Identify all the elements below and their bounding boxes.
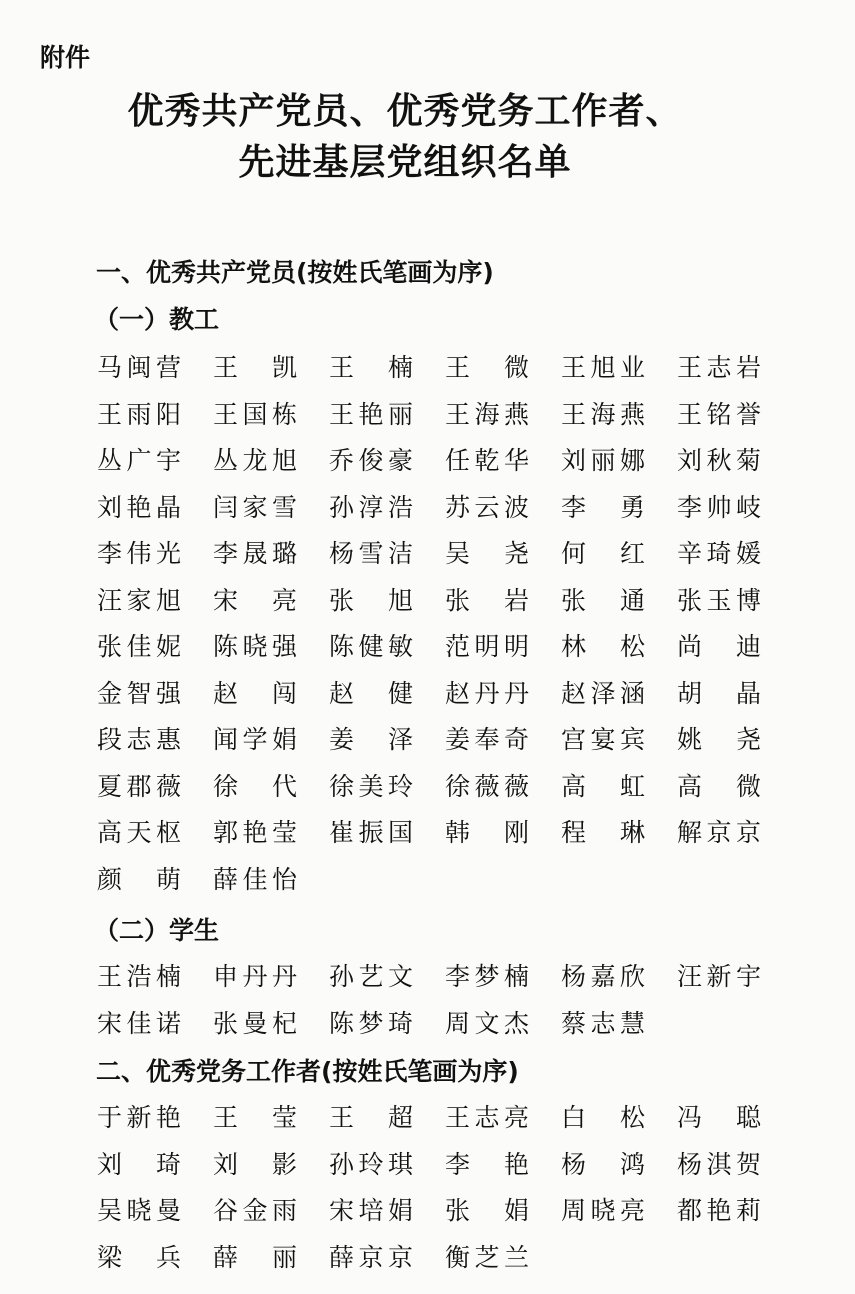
name-entry: 韩刚 [445,818,529,848]
name-entry: 颜萌 [97,865,181,895]
name-row: 马闽营王凯王楠王微王旭业王志岩 [97,345,797,392]
name-entry: 胡晶 [677,679,761,709]
name-entry: 尚迪 [677,632,761,662]
name-entry: 孙艺文 [329,962,413,992]
name-row: 梁兵薛丽薛京京衡芝兰 [97,1235,797,1282]
name-entry: 张娟 [445,1196,529,1226]
name-entry: 白松 [561,1103,645,1133]
name-entry: 蔡志慧 [561,1009,645,1039]
name-entry: 姜奉奇 [445,725,529,755]
name-entry: 吴晓曼 [97,1196,181,1226]
name-list-students: 王浩楠申丹丹孙艺文李梦楠杨嘉欣汪新宇宋佳诺张曼杞陈梦琦周文杰蔡志慧 [97,954,797,1047]
name-entry: 任乾华 [445,446,529,476]
name-entry: 汪新宇 [677,962,761,992]
name-entry: 徐薇薇 [445,772,529,802]
name-entry: 王浩楠 [97,962,181,992]
name-entry: 李伟光 [97,539,181,569]
name-entry: 李晟璐 [213,539,297,569]
name-entry: 周文杰 [445,1009,529,1039]
name-entry: 宋培娟 [329,1196,413,1226]
name-entry: 刘琦 [97,1150,181,1180]
name-entry: 何红 [561,539,645,569]
name-entry: 吴尧 [445,539,529,569]
name-entry: 王艳丽 [329,400,413,430]
name-entry: 姚尧 [677,725,761,755]
name-list-staff: 马闽营王凯王楠王微王旭业王志岩王雨阳王国栋王艳丽王海燕王海燕王铭誉丛广宇丛龙旭乔… [97,345,797,903]
name-row: 高天枢郭艳莹崔振国韩刚程琳解京京 [97,810,797,857]
name-entry: 王楠 [329,353,413,383]
name-entry: 马闽营 [97,353,181,383]
name-entry: 徐美玲 [329,772,413,802]
name-entry: 汪家旭 [97,586,181,616]
name-entry: 王志亮 [445,1103,529,1133]
name-entry: 衡芝兰 [445,1243,529,1273]
name-entry: 都艳莉 [677,1196,761,1226]
name-entry: 王国栋 [213,400,297,430]
name-entry: 宋佳诺 [97,1009,181,1039]
name-entry: 苏云波 [445,493,529,523]
name-row: 金智强赵闯赵健赵丹丹赵泽涵胡晶 [97,671,797,718]
name-entry: 崔振国 [329,818,413,848]
name-row: 刘艳晶闫家雪孙淳浩苏云波李勇李帅岐 [97,485,797,532]
name-row: 张佳妮陈晓强陈健敏范明明林松尚迪 [97,624,797,671]
name-entry: 徐代 [213,772,297,802]
name-entry: 陈梦琦 [329,1009,413,1039]
name-entry: 谷金雨 [213,1196,297,1226]
name-entry: 李梦楠 [445,962,529,992]
name-entry: 杨淇贺 [677,1150,761,1180]
name-entry: 杨嘉欣 [561,962,645,992]
name-entry: 刘艳晶 [97,493,181,523]
subsection-heading-staff: （一）教工 [94,305,219,335]
subsection-heading-students: （二）学生 [94,916,219,946]
name-entry: 王莹 [213,1103,297,1133]
name-entry: 张岩 [445,586,529,616]
name-entry: 闻学娟 [213,725,297,755]
name-entry: 李勇 [561,493,645,523]
name-entry: 李帅岐 [677,493,761,523]
name-row: 于新艳王莹王超王志亮白松冯聪 [97,1095,797,1142]
name-entry: 张玉博 [677,586,761,616]
name-row: 王浩楠申丹丹孙艺文李梦楠杨嘉欣汪新宇 [97,954,797,1001]
name-entry: 张旭 [329,586,413,616]
name-entry: 王凯 [213,353,297,383]
name-entry: 闫家雪 [213,493,297,523]
name-entry: 辛琦媛 [677,539,761,569]
name-entry: 王微 [445,353,529,383]
name-entry: 乔俊豪 [329,446,413,476]
name-entry: 于新艳 [97,1103,181,1133]
name-entry: 李艳 [445,1150,529,1180]
name-entry: 王雨阳 [97,400,181,430]
name-entry: 张佳妮 [97,632,181,662]
name-entry: 王超 [329,1103,413,1133]
name-entry: 刘丽娜 [561,446,645,476]
name-entry: 刘影 [213,1150,297,1180]
name-row: 吴晓曼谷金雨宋培娟张娟周晓亮都艳莉 [97,1188,797,1235]
name-entry: 王海燕 [445,400,529,430]
name-entry: 梁兵 [97,1243,181,1273]
name-entry: 薛佳怡 [213,865,297,895]
name-entry: 冯聪 [677,1103,761,1133]
name-entry: 张曼杞 [213,1009,297,1039]
section-heading-outstanding-party-workers: 二、优秀党务工作者(按姓氏笔画为序) [96,1057,519,1087]
name-entry: 薛京京 [329,1243,413,1273]
name-entry: 赵丹丹 [445,679,529,709]
name-entry: 丛广宇 [97,446,181,476]
name-entry: 杨雪洁 [329,539,413,569]
name-entry: 张通 [561,586,645,616]
name-entry: 王旭业 [561,353,645,383]
name-entry: 赵闯 [213,679,297,709]
name-entry: 王志岩 [677,353,761,383]
name-entry: 高虹 [561,772,645,802]
name-row: 颜萌薛佳怡 [97,857,797,904]
name-entry: 孙玲琪 [329,1150,413,1180]
name-entry: 林松 [561,632,645,662]
name-entry: 王海燕 [561,400,645,430]
attachment-label: 附件 [40,38,90,74]
name-entry: 刘秋菊 [677,446,761,476]
name-entry: 陈健敏 [329,632,413,662]
name-entry: 高微 [677,772,761,802]
name-row: 汪家旭宋亮张旭张岩张通张玉博 [97,578,797,625]
name-row: 宋佳诺张曼杞陈梦琦周文杰蔡志慧 [97,1001,797,1048]
name-entry: 范明明 [445,632,529,662]
name-entry: 申丹丹 [213,962,297,992]
name-entry: 夏郡薇 [97,772,181,802]
name-entry: 丛龙旭 [213,446,297,476]
name-row: 王雨阳王国栋王艳丽王海燕王海燕王铭誉 [97,392,797,439]
name-entry: 姜泽 [329,725,413,755]
name-entry: 赵健 [329,679,413,709]
name-row: 李伟光李晟璐杨雪洁吴尧何红辛琦媛 [97,531,797,578]
name-entry: 宋亮 [213,586,297,616]
name-entry: 薛丽 [213,1243,297,1273]
name-row: 刘琦刘影孙玲琪李艳杨鸿杨淇贺 [97,1142,797,1189]
name-entry: 郭艳莹 [213,818,297,848]
name-entry: 程琳 [561,818,645,848]
document-title-line-1: 优秀共产党员、优秀党务工作者、 [0,92,810,132]
document-title-line-2: 先进基层党组织名单 [0,143,810,183]
name-row: 丛广宇丛龙旭乔俊豪任乾华刘丽娜刘秋菊 [97,438,797,485]
name-entry: 段志惠 [97,725,181,755]
name-entry: 宫宴宾 [561,725,645,755]
name-list-party-workers: 于新艳王莹王超王志亮白松冯聪刘琦刘影孙玲琪李艳杨鸿杨淇贺吴晓曼谷金雨宋培娟张娟周… [97,1095,797,1281]
section-heading-outstanding-members: 一、优秀共产党员(按姓氏笔画为序) [96,258,494,288]
name-row: 段志惠闻学娟姜泽姜奉奇宫宴宾姚尧 [97,717,797,764]
name-entry: 杨鸿 [561,1150,645,1180]
name-entry: 高天枢 [97,818,181,848]
name-entry: 解京京 [677,818,761,848]
name-entry: 赵泽涵 [561,679,645,709]
name-entry: 王铭誉 [677,400,761,430]
name-entry: 金智强 [97,679,181,709]
name-entry: 周晓亮 [561,1196,645,1226]
name-entry: 陈晓强 [213,632,297,662]
name-row: 夏郡薇徐代徐美玲徐薇薇高虹高微 [97,764,797,811]
name-entry: 孙淳浩 [329,493,413,523]
